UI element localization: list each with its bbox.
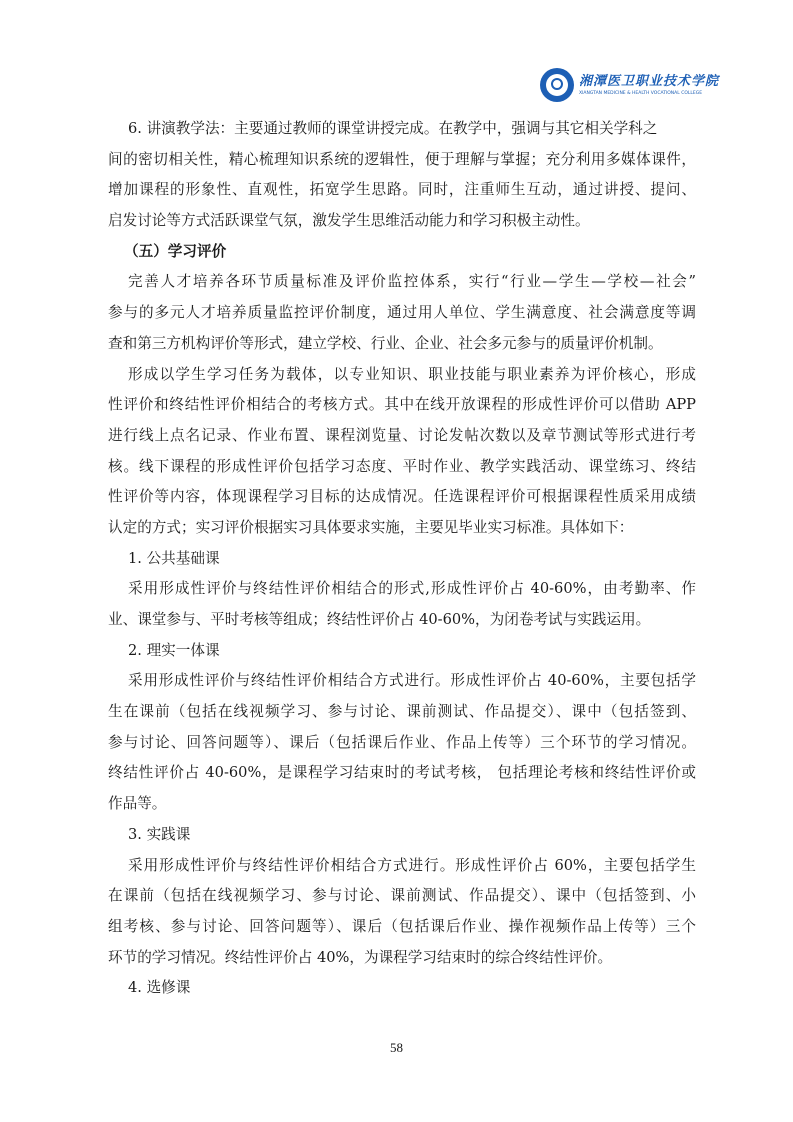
paragraph-line: 启发讨论等方式活跃课堂气氛，激发学生思维活动能力和学习积极主动性。 <box>108 206 696 237</box>
paragraph-line: 采用形成性评价与终结性评价相结合的形式,形成性评价占 40-60%，由考勤率、作 <box>108 574 696 605</box>
paragraph-line: 查和第三方机构评价等形式，建立学校、行业、企业、社会多元参与的质量评价机制。 <box>108 329 696 360</box>
paragraph-line: 采用形成性评价与终结性评价相结合方式进行。形成性评价占 60%，主要包括学生 <box>108 851 696 882</box>
paragraph-line: 完善人才培养各环节质量标准及评价监控体系，实行“行业—学生—学校—社会” <box>108 267 696 298</box>
document-body: 6. 讲演教学法：主要通过教师的课堂讲授完成。在教学中，强调与其它相关学科之 间… <box>108 114 696 1004</box>
paragraph-line: 参与讨论、回答问题等）、课后（包括课后作业、作品上传等）三个环节的学习情况。 <box>108 728 696 759</box>
paragraph-line: 参与的多元人才培养质量监控评价制度，通过用人单位、学生满意度、社会满意度等调 <box>108 298 696 329</box>
paragraph-line: 在课前（包括在线视频学习、参与讨论、课前测试、作品提交）、课中（包括签到、小 <box>108 881 696 912</box>
paragraph-line: 间的密切相关性，精心梳理知识系统的逻辑性，便于理解与掌握；充分利用多媒体课件， <box>108 145 696 176</box>
paragraph-line: 采用形成性评价与终结性评价相结合方式进行。形成性评价占 40-60%，主要包括学 <box>108 666 696 697</box>
paragraph-line: 终结性评价占 40-60%，是课程学习结束时的考试考核， 包括理论考核和终结性评… <box>108 758 696 789</box>
subsection-title: 1. 公共基础课 <box>108 544 696 575</box>
paragraph-line: 6. 讲演教学法：主要通过教师的课堂讲授完成。在教学中，强调与其它相关学科之 <box>108 114 696 145</box>
paragraph-line: 进行线上点名记录、作业布置、课程浏览量、讨论发帖次数以及章节测试等形式进行考 <box>108 421 696 452</box>
page-number: 58 <box>0 1040 793 1056</box>
college-logo: 湘潭医卫职业技术学院 XIANGTAN MEDICINE & HEALTH VO… <box>540 66 695 104</box>
paragraph-line: 业、课堂参与、平时考核等组成；终结性评价占 40-60%，为闭卷考试与实践运用。 <box>108 605 696 636</box>
paragraph-line: 环节的学习情况。终结性评价占 40%，为课程学习结束时的综合终结性评价。 <box>108 943 696 974</box>
college-emblem-icon <box>540 68 574 102</box>
logo-text: 湘潭医卫职业技术学院 XIANGTAN MEDICINE & HEALTH VO… <box>579 74 719 97</box>
paragraph-line: 性评价等内容，体现课程学习目标的达成情况。任选课程评价可根据课程性质采用成绩 <box>108 482 696 513</box>
paragraph-line: 形成以学生学习任务为载体，以专业知识、职业技能与职业素养为评价核心，形成 <box>108 360 696 391</box>
subsection-title: 3. 实践课 <box>108 820 696 851</box>
paragraph-line: 增加课程的形象性、直观性，拓宽学生思路。同时，注重师生互动，通过讲授、提问、 <box>108 175 696 206</box>
paragraph-line: 生在课前（包括在线视频学习、参与讨论、课前测试、作品提交）、课中（包括签到、 <box>108 697 696 728</box>
paragraph-line: 核。线下课程的形成性评价包括学习态度、平时作业、教学实践活动、课堂练习、终结 <box>108 452 696 483</box>
paragraph-line: 组考核、参与讨论、回答问题等）、课后（包括课后作业、操作视频作品上传等）三个 <box>108 912 696 943</box>
paragraph-line: 作品等。 <box>108 789 696 820</box>
subsection-title: 2. 理实一体课 <box>108 636 696 667</box>
logo-chinese-name: 湘潭医卫职业技术学院 <box>579 74 719 90</box>
section-heading: （五）学习评价 <box>108 237 696 268</box>
paragraph-line: 性评价和终结性评价相结合的考核方式。其中在线开放课程的形成性评价可以借助 APP <box>108 390 696 421</box>
paragraph-line: 认定的方式；实习评价根据实习具体要求实施，主要见毕业实习标准。具体如下： <box>108 513 696 544</box>
logo-english-name: XIANGTAN MEDICINE & HEALTH VOCATIONAL CO… <box>579 90 719 97</box>
subsection-title: 4. 选修课 <box>108 973 696 1004</box>
